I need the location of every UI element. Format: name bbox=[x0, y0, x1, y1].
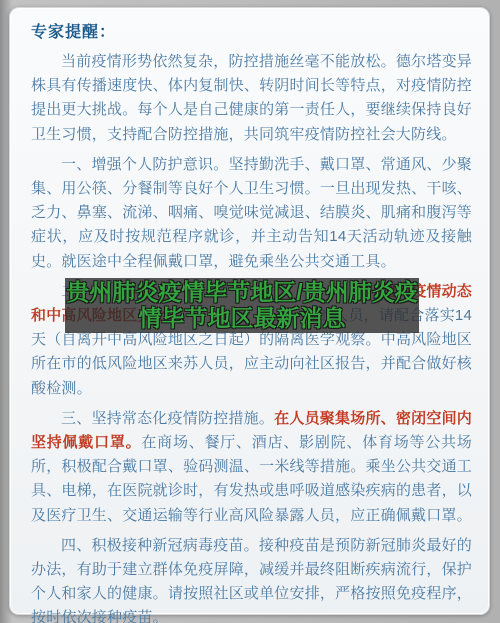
section-2-block: 二、 国内疫情动态 和中高风险地区变化 的人员，请配合落实14 天（自离开中高风… bbox=[31, 280, 472, 401]
section-4-paragraph: 四、积极接种新冠病毒疫苗。接种疫苗是预防新冠肺炎最好的办法，有助于建立群体免疫屏… bbox=[31, 534, 472, 623]
overlay-banner: 贵州肺炎疫情毕节地区/贵州肺炎疫 情毕节地区最新消息 bbox=[65, 278, 419, 333]
expert-reminder-heading: 专家提醒： bbox=[31, 21, 472, 45]
intro-paragraph: 当前疫情形势依然复杂，防控措施丝毫不能放松。德尔塔变异株具有传播速度快、体内复制… bbox=[31, 50, 472, 147]
section-3-lead: 三、坚持常态化疫情防控措施。 bbox=[61, 410, 274, 427]
screenshot-root: { "document": { "heading": "专家提醒：", "par… bbox=[0, 0, 500, 623]
section-2-continuation: 天（自离开中高风险地区之日起）的隔离医学观察。中高风险地区所在市的低风险地区来苏… bbox=[31, 328, 472, 401]
overlay-title-line-2: 情毕节地区最新消息 bbox=[139, 305, 346, 331]
document-page: 专家提醒： 当前疫情形势依然复杂，防控措施丝毫不能放松。德尔塔变异株具有传播速度… bbox=[9, 7, 490, 615]
section-3-paragraph: 三、坚持常态化疫情防控措施。在人员聚集场所、密闭空间内坚持佩戴口罩。在商场、餐厅… bbox=[31, 407, 472, 528]
section-1-paragraph: 一、增强个人防护意识。坚持勤洗手、戴口罩、常通风、少聚集、用公筷、分餐制等良好个… bbox=[31, 153, 472, 274]
overlay-title-line-1: 贵州肺炎疫情毕节地区/贵州肺炎疫 bbox=[66, 279, 417, 305]
notice-body: 专家提醒： 当前疫情形势依然复杂，防控措施丝毫不能放松。德尔塔变异株具有传播速度… bbox=[31, 21, 472, 623]
